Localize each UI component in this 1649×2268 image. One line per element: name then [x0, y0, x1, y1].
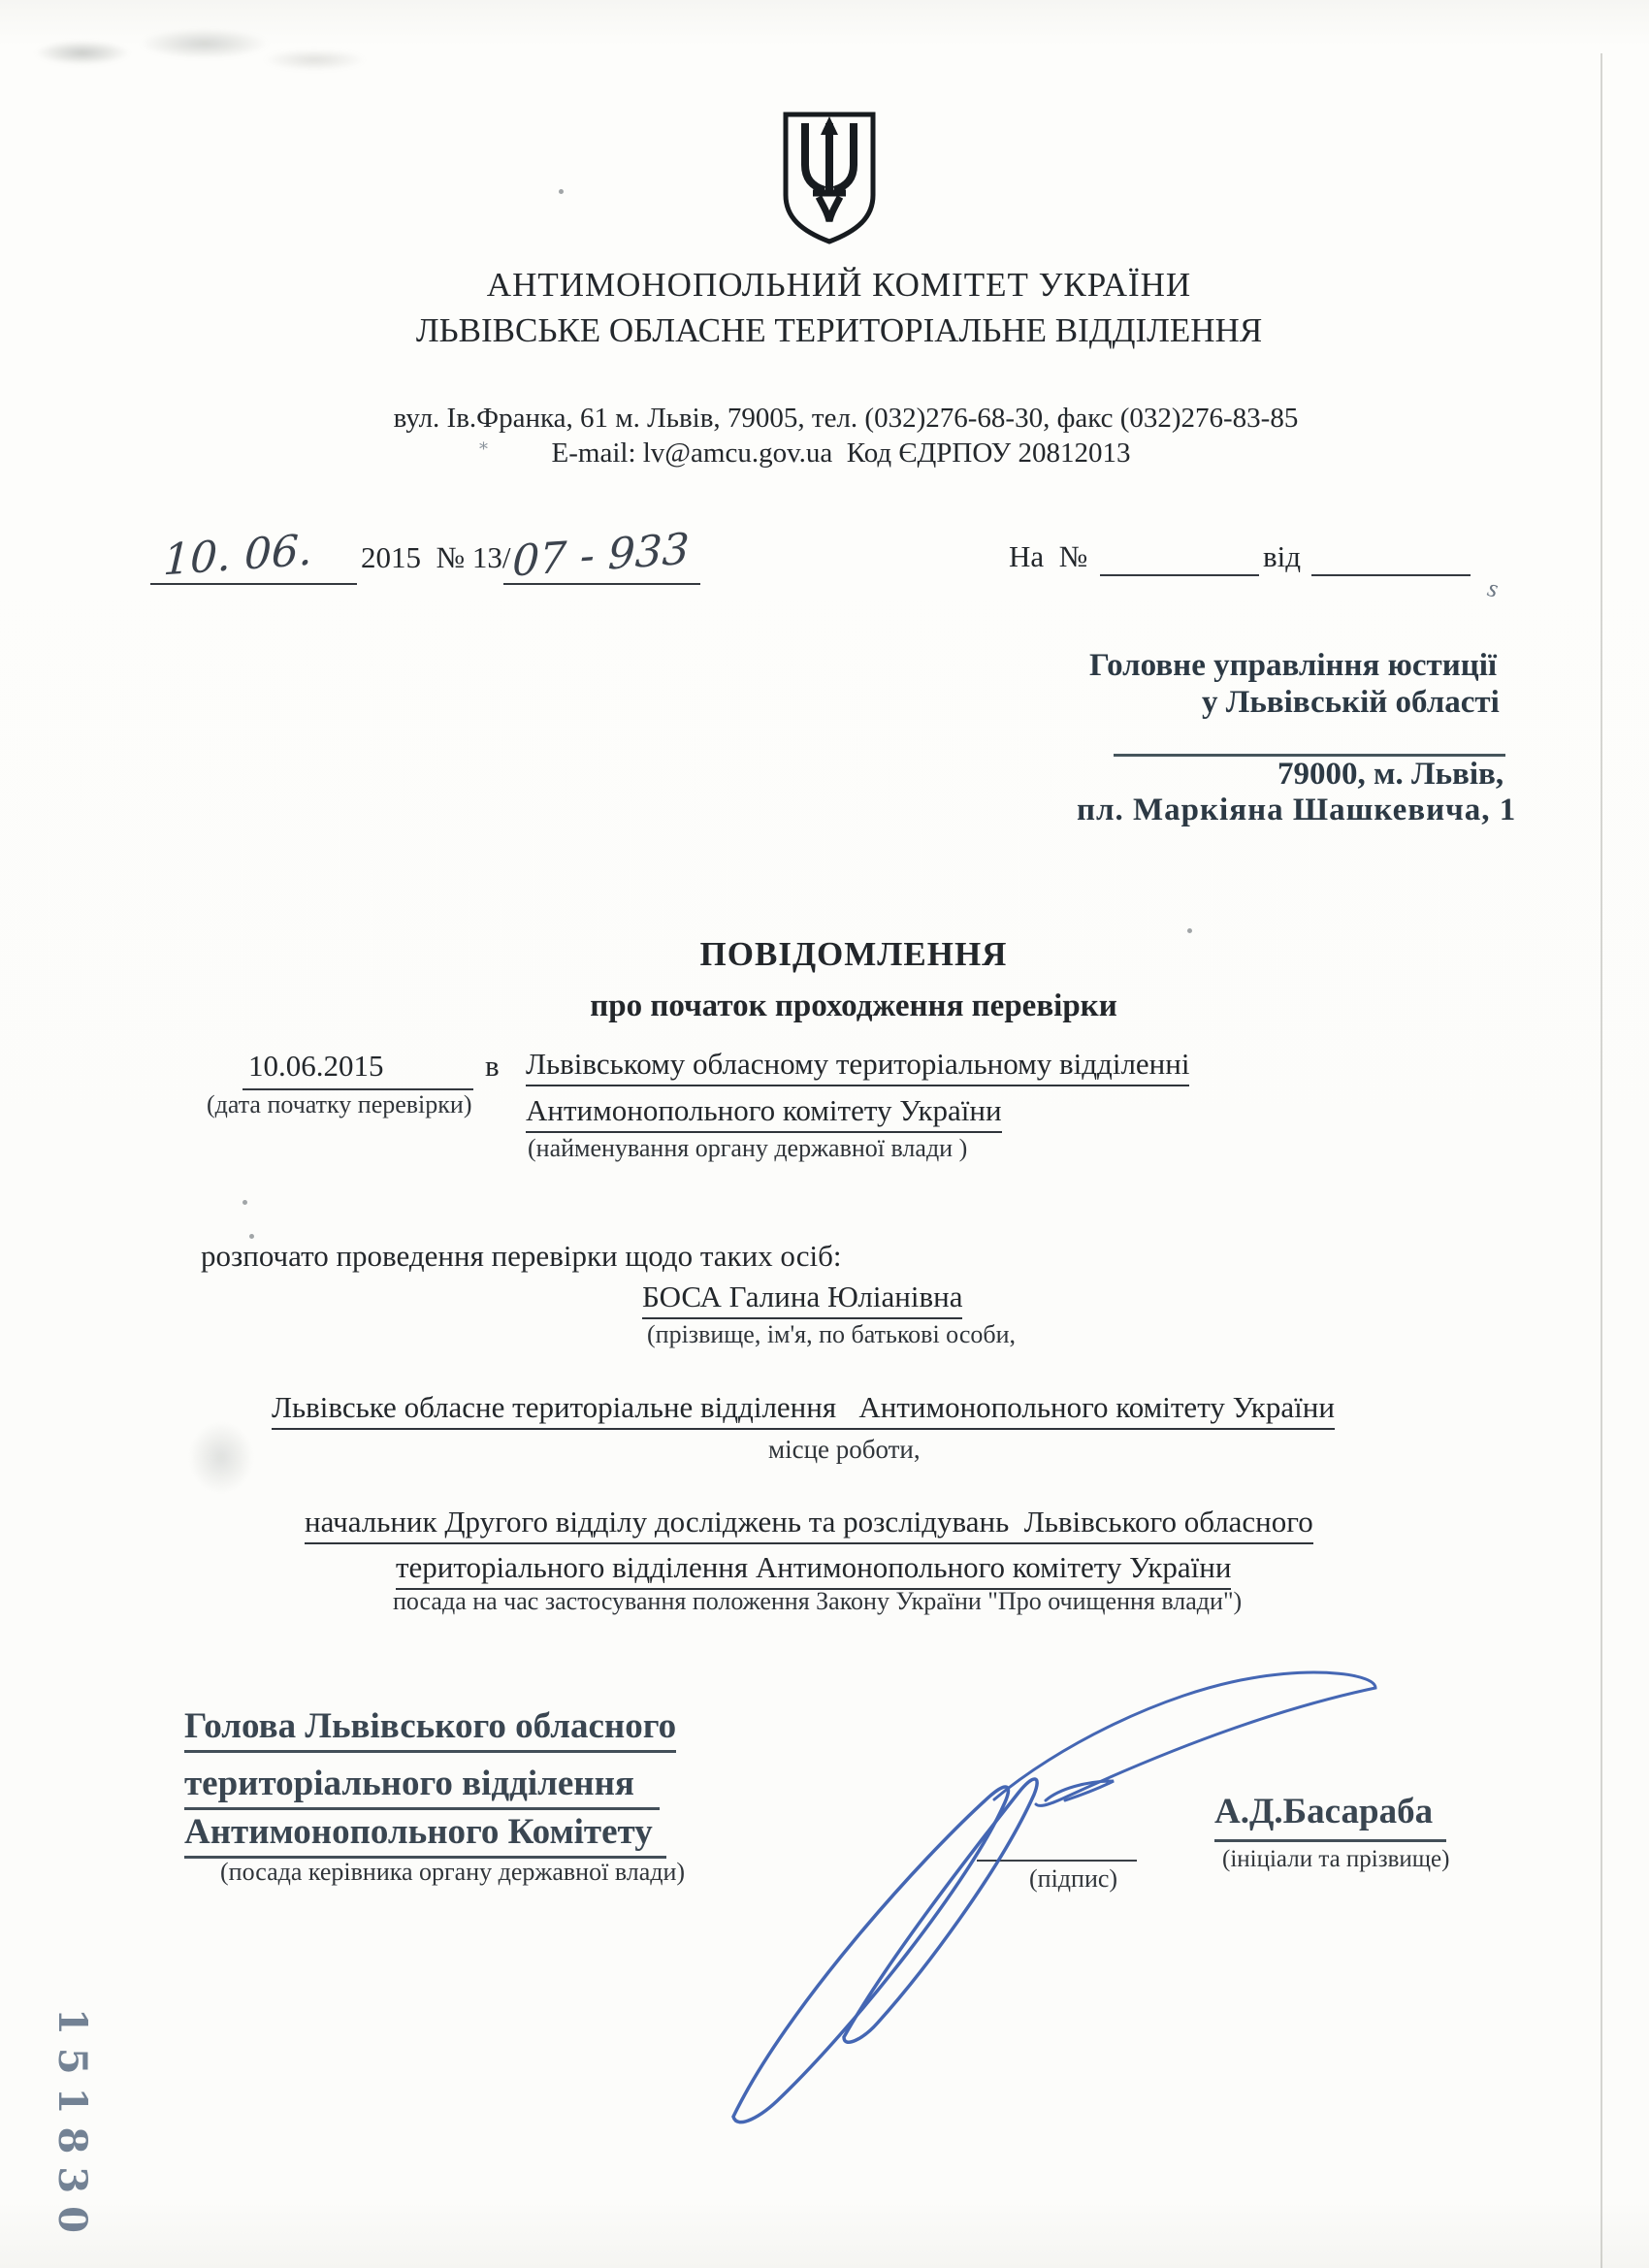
- person-name: БОСА Галина Юліанівна: [642, 1280, 962, 1319]
- check-start-date: 10.06.2015: [248, 1049, 384, 1084]
- workplace-line: Львівське обласне територіальне відділен…: [272, 1390, 1335, 1430]
- org-address-line1: вул. Ів.Франка, 61 м. Львів, 79005, тел.…: [394, 403, 1299, 435]
- position-line2: територіального відділення Антимонопольн…: [396, 1550, 1231, 1590]
- recipient-line1: Головне управління юстиції: [1089, 648, 1497, 685]
- workplace-caption: місце роботи,: [768, 1435, 921, 1465]
- recipient-line2: у Львівській області: [1202, 685, 1500, 722]
- signer-position-line3: Антимонопольного Комітету: [184, 1812, 666, 1859]
- outgoing-date-underline: [150, 583, 357, 585]
- person-caption: (прізвище, ім'я, по батькові особи,: [647, 1320, 1016, 1349]
- recipient-line3: 79000, м. Львів,: [1277, 757, 1503, 794]
- authority-line1: Львівському обласному територіальному ві…: [526, 1047, 1189, 1086]
- signer-position-line1: Голова Львівського обласного: [184, 1706, 676, 1753]
- outgoing-number-underline: [503, 583, 700, 585]
- ukraine-trident-emblem: [779, 110, 880, 247]
- incoming-ref-label: На №: [1009, 539, 1087, 574]
- document-subtitle: про початок проходження перевірки: [590, 988, 1116, 1025]
- document-title: ПОВІДОМЛЕННЯ: [700, 935, 1008, 974]
- scanned-letter-page: s АНТИМОНОПОЛЬНИЙ КОМІТЕТ УКРАЇНИ ЛЬВІВС…: [0, 0, 1649, 2268]
- incoming-number-blank: [1100, 574, 1259, 576]
- scan-smudge-top: [27, 21, 396, 91]
- asterisk-artifact: ⁎: [479, 434, 488, 454]
- scan-speck: [242, 1200, 247, 1205]
- scan-edge-line: [1600, 53, 1602, 2268]
- outgoing-number-handwritten: 07 - 933: [511, 526, 690, 588]
- check-date-caption: (дата початку перевірки): [207, 1090, 471, 1119]
- org-address-line2: E-mail: lv@amcu.gov.ua Код ЄДРПОУ 208120…: [552, 437, 1131, 470]
- org-name-line2: ЛЬВІВСЬКЕ ОБЛАСНЕ ТЕРИТОРІАЛЬНЕ ВІДДІЛЕН…: [416, 311, 1262, 350]
- scan-speck: [1187, 928, 1192, 933]
- pen-signature: [679, 1639, 1416, 2144]
- incoming-date-blank: [1311, 574, 1471, 576]
- org-name-line1: АНТИМОНОПОЛЬНИЙ КОМІТЕТ УКРАЇНИ: [487, 266, 1191, 305]
- registration-stamp-number: 151830: [49, 2008, 95, 2260]
- scan-smudge-left: [184, 1402, 276, 1513]
- signer-position-caption: (посада керівника органу державної влади…: [220, 1858, 685, 1887]
- scan-speck: [559, 189, 564, 194]
- preposition-v: в: [485, 1049, 500, 1084]
- position-caption: посада на час застосування положення Зак…: [393, 1587, 1242, 1616]
- stray-pen-mark: s: [1485, 573, 1502, 603]
- incoming-from-label: від: [1263, 539, 1301, 574]
- signer-position-line2: територіального відділення: [184, 1764, 660, 1810]
- authority-caption: (найменування органу державної влади ): [528, 1134, 967, 1163]
- recipient-line4: пл. Маркіяна Шашкевича, 1: [1077, 793, 1516, 829]
- authority-line2: Антимонопольного комітету України: [526, 1093, 1002, 1133]
- position-line1: начальник Другого відділу досліджень та …: [305, 1505, 1313, 1544]
- outgoing-date-handwritten: 10. 06.: [162, 527, 312, 587]
- intro-line: розпочато проведення перевірки щодо таки…: [201, 1239, 841, 1274]
- outgoing-number-printed: 2015 № 13/: [361, 540, 510, 575]
